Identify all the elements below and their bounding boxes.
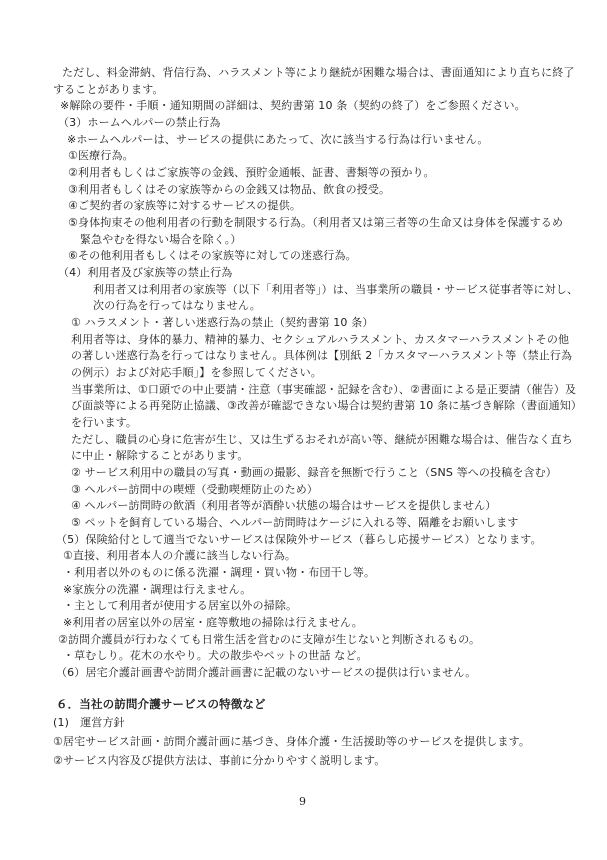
text-line: ④ ヘルパー訪問時の飲酒（利用者等が酒酔い状態の場合はサービスを提供しません） [71,499,496,513]
text-line: ②利用者もしくはご家族等の金銭、預貯金通帳、証書、書類等の預かり。 [68,166,435,180]
subsection-heading: (1) 運営方針 [53,716,125,730]
text-line: ③利用者もしくはその家族等からの金銭又は物品、飲食の授受。 [68,183,390,197]
text-line: の例示）および対応手順」】を参照してください。 [71,366,322,380]
text-line: ⑥その他利用者もしくはその家族等に対しての迷惑行為。 [68,249,357,263]
text-line: ⑤ ペットを飼育している場合、ヘルパー訪問時はケージに入れる等、隔離をお願いしま… [71,516,519,530]
section-heading: ６．当社の訪問介護サービスの特徴など [56,697,266,711]
text-line: ③ ヘルパー訪問中の喫煙（受動喫煙防止のため） [71,483,318,497]
document-page: ただし、料金滞納、背信行為、ハラスメント等により継続が困難な場合は、書面通知によ… [0,0,607,860]
text-line: ※家族分の洗濯・調理は行えません。 [63,583,251,597]
text-line: び面談等による再発防止協議、③改善が確認できない場合は契約書第 10 条に基づき… [71,399,582,413]
text-line: ①医療行為。 [68,149,134,163]
page-number: 9 [299,795,306,808]
text-line: ただし、料金滞納、背信行為、ハラスメント等により継続が困難な場合は、書面通知によ… [62,66,575,80]
text-line: （3）ホームヘルパーの禁止行為 [58,116,220,130]
text-line: に中止・解除することがあります。 [71,449,249,463]
policy-item: ①居宅サービス計画・訪問介護計画に基づき、身体介護・生活援助等のサービスを提供し… [53,735,530,749]
text-line: （5）保険給付として適当でないサービスは保険外サービス（暮らし応援サービス）とな… [56,533,542,547]
text-line: ①直接、利用者本人の介護に該当しない行為。 [63,549,296,563]
text-line: ※ホームヘルパーは、サービスの提供にあたって、次に該当する行為は行いません。 [67,133,489,147]
text-line: ※解除の要件・手順・通知期間の詳細は、契約書第 10 条（契約の終了）をご参照く… [60,99,526,113]
text-line: ④ご契約者の家族等に対するサービスの提供。 [68,199,301,213]
text-line: することがあります。 [53,83,164,97]
text-line: ⑤身体拘束その他利用者の行動を制限する行為。（利用者又は第三者等の生命又は身体を… [68,216,563,230]
text-line: 次の行為を行ってはなりません。 [93,299,261,313]
text-line: ②訪問介護員が行わなくても日常生活を営むのに支障が生じないと判断されるもの。 [58,633,480,647]
text-line: ① ハラスメント・著しい迷惑行為の禁止（契約書第 10 条） [71,316,374,330]
text-line: ※利用者の居室以外の居室・庭等敷地の掃除は行えません。 [63,616,363,630]
text-line: ② サービス利用中の職員の写真・動画の撮影、録音を無断で行うこと（SNS 等への… [71,466,557,480]
text-line: ・主として利用者が使用する居室以外の掃除。 [63,599,297,613]
text-line: ・草むしり。花木の水やり。犬の散歩やペットの世話 など。 [63,649,368,663]
policy-item: ②サービス内容及び提供方法は、事前に分かりやすく説明します。 [53,754,385,768]
text-line: 当事業所は、①口頭での中止要請・注意（事実確認・記録を含む）、②書面による是正要… [71,383,576,397]
text-line: ただし、職員の心身に危害が生じ、又は生ずるおそれが高い等、継続が困難な場合は、催… [71,433,573,447]
text-line: ・利用者以外のものに係る洗濯・調理・買い物・布団干し等。 [63,566,375,580]
text-line: 利用者等は、身体的暴力、精神的暴力、セクシュアルハラスメント、カスタマーハラスメ… [71,333,569,347]
text-line: （6）居宅介護計画書や訪問介護計画書に記載のないサービスの提供は行いません。 [56,666,476,680]
text-line: の著しい迷惑行為を行ってはなりません。具体例は【別紙 2「カスタマーハラスメント… [71,349,572,363]
text-line: を行います。 [71,416,137,430]
text-line: 利用者又は利用者の家族等（以下「利用者等」）は、当事業所の職員・サービス従事者等… [93,283,578,297]
text-line: 緊急やむを得ない場合を除く。） [80,233,242,247]
text-line: （4）利用者及び家族等の禁止行為 [58,266,232,280]
